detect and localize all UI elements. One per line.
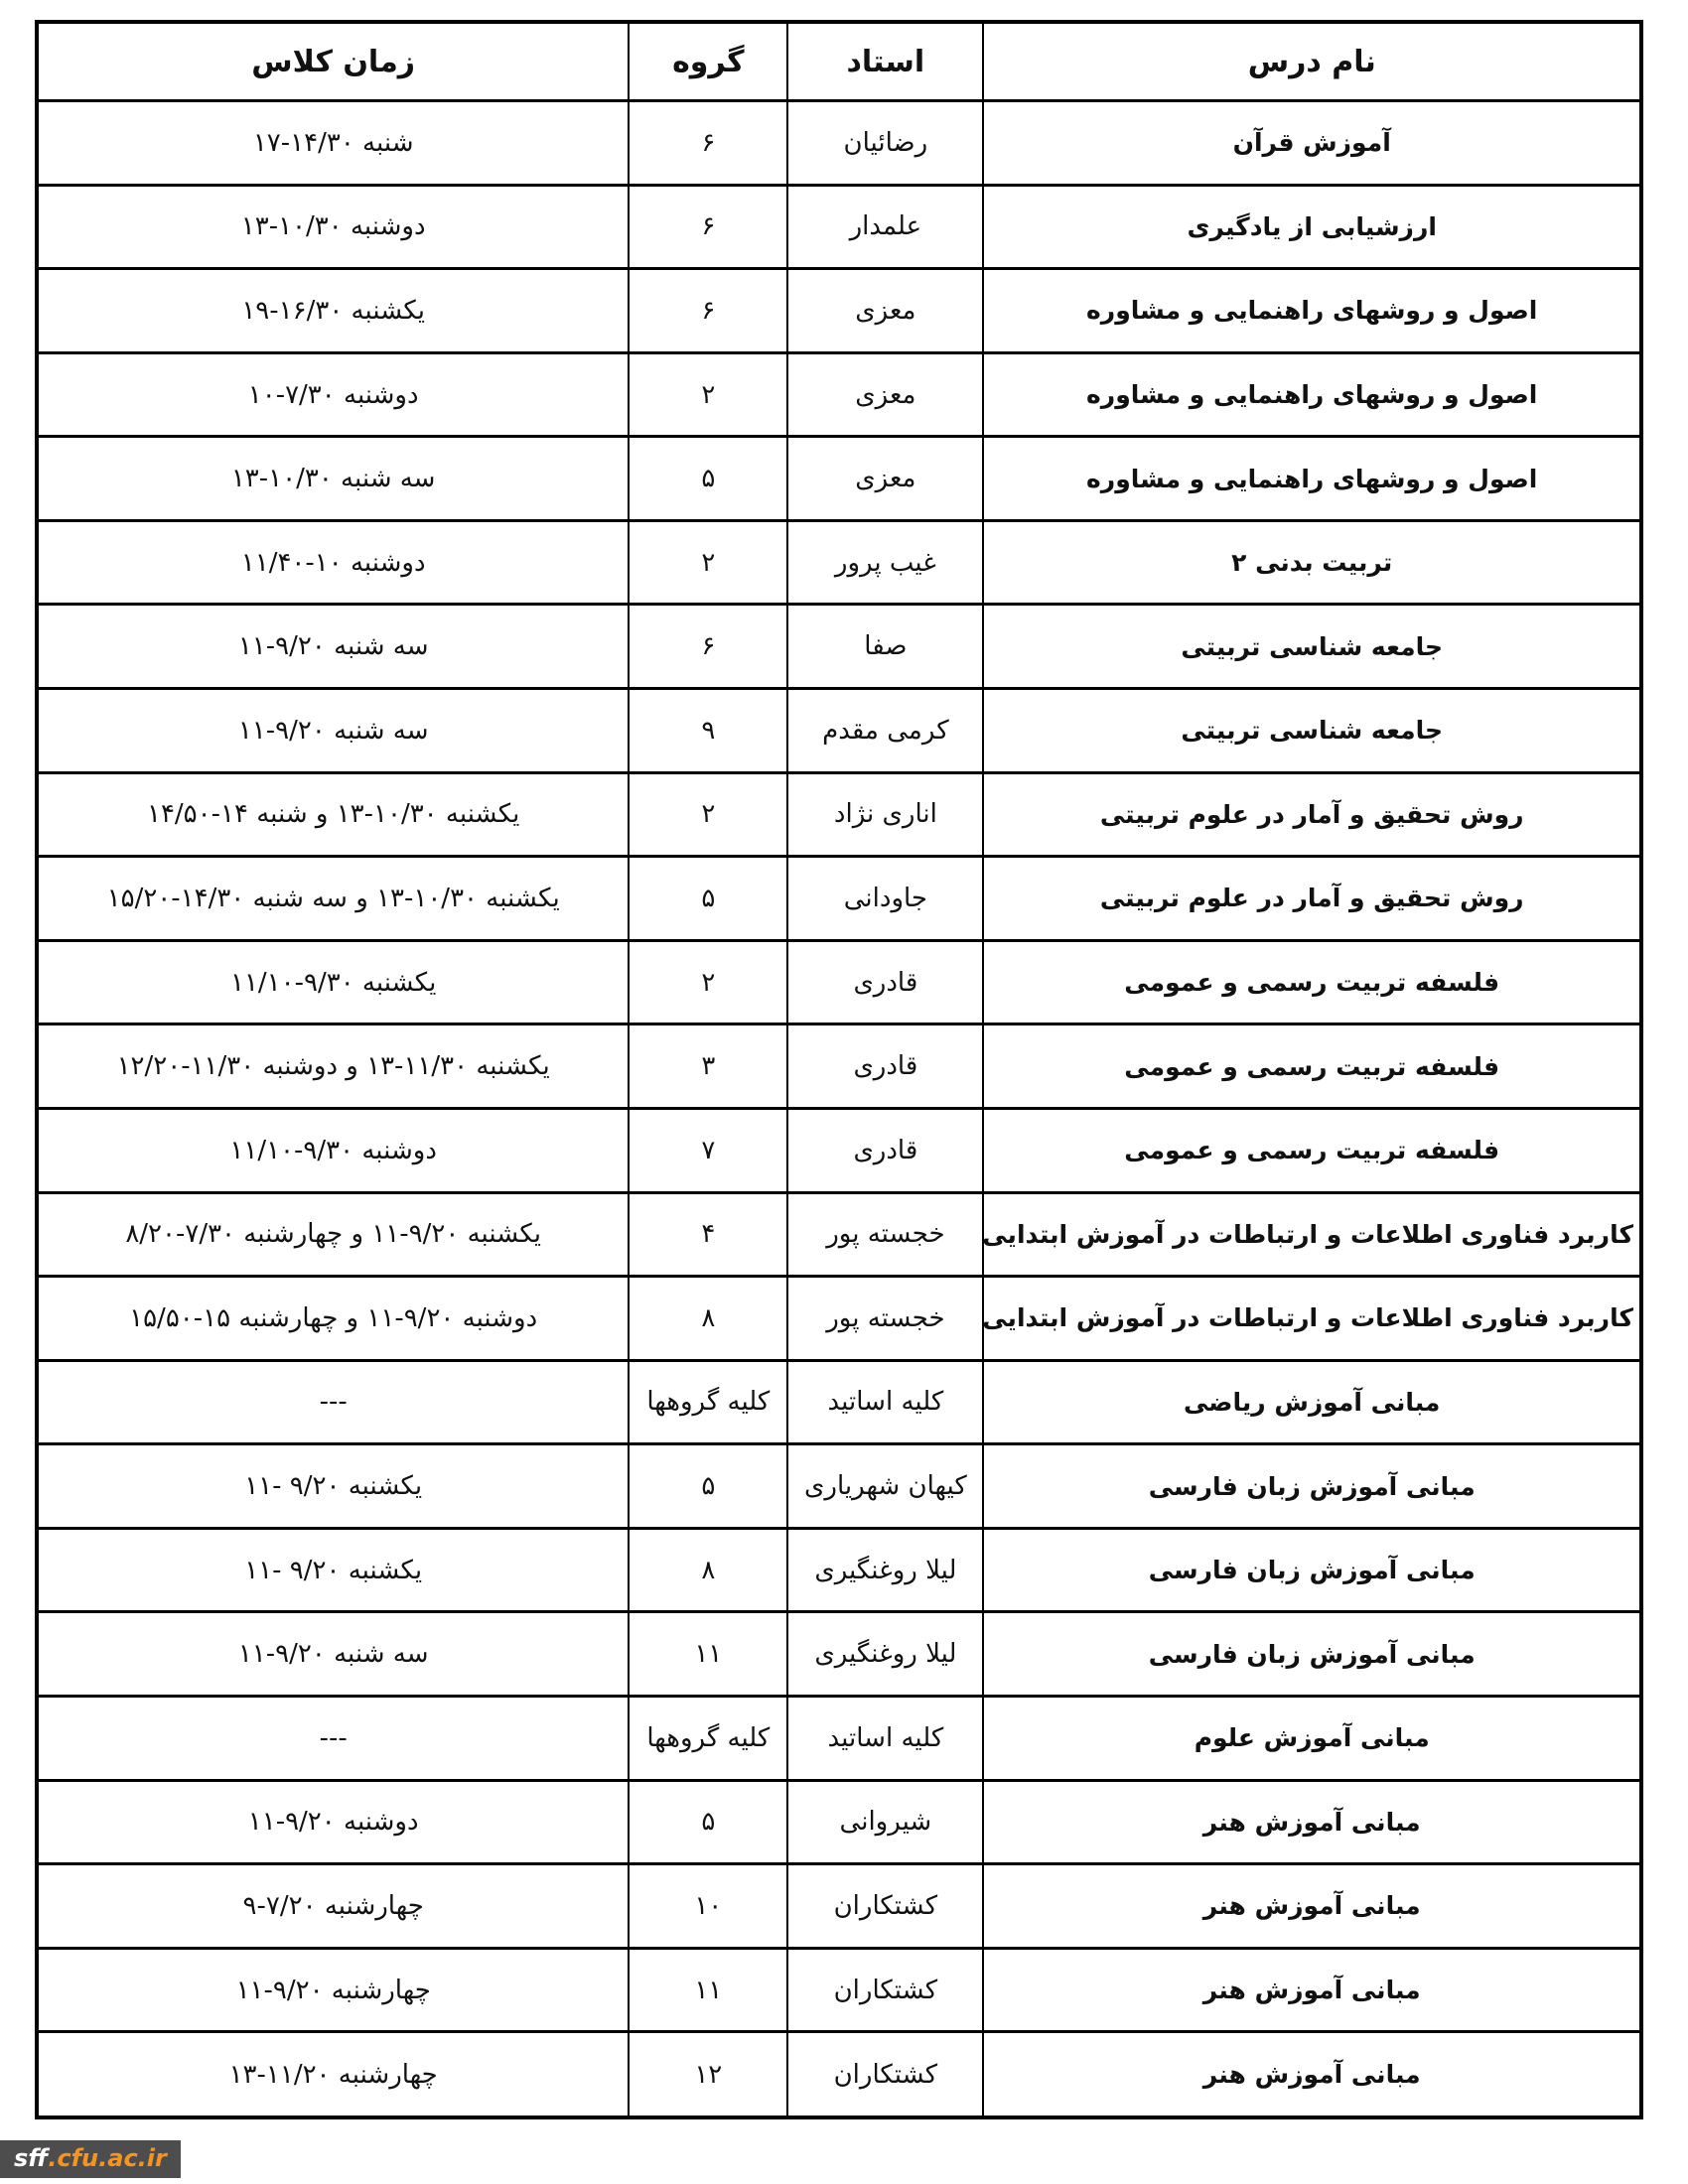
course-cell: جامعه شناسی تربیتی	[983, 689, 1641, 773]
time-cell: یکشنبه ۹/۳۰-۱۱/۱۰	[37, 940, 629, 1024]
time-cell: سه شنبه ۹/۲۰-۱۱	[37, 605, 629, 689]
course-cell: فلسفه تربیت رسمی و عمومی	[983, 1024, 1641, 1109]
course-cell: مبانی آموزش زبان فارسی	[983, 1528, 1641, 1612]
group-cell: ۱۱	[629, 1948, 787, 2032]
time-cell: یکشنبه ۱۶/۳۰-۱۹	[37, 269, 629, 353]
professor-cell: کشتکاران	[787, 1864, 983, 1949]
table-row: جامعه شناسی تربیتی کرمی مقدم ۹ سه شنبه ۹…	[37, 689, 1641, 773]
table-row: مبانی آموزش زبان فارسی کیهان شهریاری ۵ ی…	[37, 1444, 1641, 1529]
group-cell: ۴	[629, 1192, 787, 1277]
table-row: جامعه شناسی تربیتی صفا ۶ سه شنبه ۹/۲۰-۱۱	[37, 605, 1641, 689]
group-cell: ۶	[629, 269, 787, 353]
time-cell: دوشنبه ۹/۲۰-۱۱ و چهارشنبه ۱۵-۱۵/۵۰	[37, 1277, 629, 1361]
site-watermark: sff.cfu.ac.ir	[0, 2140, 181, 2178]
group-cell: ۵	[629, 857, 787, 941]
time-cell: سه شنبه ۹/۲۰-۱۱	[37, 1612, 629, 1697]
header-course-name: نام درس	[983, 22, 1641, 101]
time-cell: یکشنبه ۱۰/۳۰-۱۳ و شنبه ۱۴-۱۴/۵۰	[37, 772, 629, 857]
course-cell: مبانی آموزش علوم	[983, 1696, 1641, 1780]
table-row: مبانی آموزش علوم کلیه اساتید کلیه گروهها…	[37, 1696, 1641, 1780]
course-cell: فلسفه تربیت رسمی و عمومی	[983, 940, 1641, 1024]
professor-cell: کیهان شهریاری	[787, 1444, 983, 1529]
table-row: فلسفه تربیت رسمی و عمومی قادری ۲ یکشنبه …	[37, 940, 1641, 1024]
course-cell: کاربرد فناوری اطلاعات و ارتباطات در آموز…	[983, 1277, 1641, 1361]
time-cell: دوشنبه ۹/۲۰-۱۱	[37, 1780, 629, 1864]
time-cell: چهارشنبه ۷/۲۰-۹	[37, 1864, 629, 1949]
time-cell: یکشنبه ۹/۲۰ -۱۱	[37, 1528, 629, 1612]
group-cell: کلیه گروهها	[629, 1360, 787, 1444]
professor-cell: کشتکاران	[787, 1948, 983, 2032]
time-cell: شنبه ۱۴/۳۰-۱۷	[37, 101, 629, 186]
professor-cell: کلیه اساتید	[787, 1360, 983, 1444]
group-cell: ۲	[629, 520, 787, 605]
course-cell: مبانی آموزش ریاضی	[983, 1360, 1641, 1444]
schedule-table: نام درس استاد گروه زمان کلاس آموزش قرآن …	[35, 20, 1643, 2119]
watermark-site-prefix: sff	[14, 2144, 48, 2172]
course-cell: جامعه شناسی تربیتی	[983, 605, 1641, 689]
table-row: اصول و روشهای راهنمایی و مشاوره معزی ۲ د…	[37, 352, 1641, 437]
time-cell: چهارشنبه ۹/۲۰-۱۱	[37, 1948, 629, 2032]
table-row: مبانی آموزش ریاضی کلیه اساتید کلیه گروهه…	[37, 1360, 1641, 1444]
professor-cell: صفا	[787, 605, 983, 689]
schedule-table-header: نام درس استاد گروه زمان کلاس	[37, 22, 1641, 101]
course-cell: تربیت بدنی ۲	[983, 520, 1641, 605]
group-cell: ۷	[629, 1108, 787, 1192]
course-cell: مبانی آموزش هنر	[983, 1948, 1641, 2032]
professor-cell: اناری نژاد	[787, 772, 983, 857]
time-cell: ---	[37, 1360, 629, 1444]
professor-cell: شیروانی	[787, 1780, 983, 1864]
header-group: گروه	[629, 22, 787, 101]
time-cell: دوشنبه ۷/۳۰-۱۰	[37, 352, 629, 437]
course-cell: آموزش قرآن	[983, 101, 1641, 186]
table-row: مبانی آموزش زبان فارسی لیلا روغنگیری ۸ ی…	[37, 1528, 1641, 1612]
professor-cell: خجسته پور	[787, 1277, 983, 1361]
header-row: نام درس استاد گروه زمان کلاس	[37, 22, 1641, 101]
table-row: کاربرد فناوری اطلاعات و ارتباطات در آموز…	[37, 1277, 1641, 1361]
course-cell: کاربرد فناوری اطلاعات و ارتباطات در آموز…	[983, 1192, 1641, 1277]
professor-cell: قادری	[787, 1024, 983, 1109]
time-cell: یکشنبه ۱۰/۳۰-۱۳ و سه شنبه ۱۴/۳۰-۱۵/۲۰	[37, 857, 629, 941]
professor-cell: کلیه اساتید	[787, 1696, 983, 1780]
table-row: مبانی آموزش هنر کشتکاران ۱۱ چهارشنبه ۹/۲…	[37, 1948, 1641, 2032]
professor-cell: معزی	[787, 437, 983, 521]
time-cell: یکشنبه ۹/۲۰-۱۱ و چهارشنبه ۷/۳۰-۸/۲۰	[37, 1192, 629, 1277]
group-cell: ۶	[629, 185, 787, 269]
table-row: مبانی آموزش هنر شیروانی ۵ دوشنبه ۹/۲۰-۱۱	[37, 1780, 1641, 1864]
professor-cell: علمدار	[787, 185, 983, 269]
group-cell: ۲	[629, 772, 787, 857]
time-cell: یکشنبه ۱۱/۳۰-۱۳ و دوشنبه ۱۱/۳۰-۱۲/۲۰	[37, 1024, 629, 1109]
group-cell: ۱۱	[629, 1612, 787, 1697]
professor-cell: کشتکاران	[787, 2032, 983, 2117]
professor-cell: معزی	[787, 269, 983, 353]
professor-cell: خجسته پور	[787, 1192, 983, 1277]
group-cell: ۲	[629, 940, 787, 1024]
course-cell: مبانی آموزش هنر	[983, 2032, 1641, 2117]
time-cell: چهارشنبه ۱۱/۲۰-۱۳	[37, 2032, 629, 2117]
professor-cell: لیلا روغنگیری	[787, 1612, 983, 1697]
schedule-table-body: آموزش قرآن رضائیان ۶ شنبه ۱۴/۳۰-۱۷ ارزشی…	[37, 101, 1641, 2118]
header-class-time: زمان کلاس	[37, 22, 629, 101]
table-row: مبانی آموزش زبان فارسی لیلا روغنگیری ۱۱ …	[37, 1612, 1641, 1697]
table-row: آموزش قرآن رضائیان ۶ شنبه ۱۴/۳۰-۱۷	[37, 101, 1641, 186]
course-cell: اصول و روشهای راهنمایی و مشاوره	[983, 269, 1641, 353]
watermark-site-suffix: .cfu.ac.ir	[48, 2144, 167, 2172]
table-row: فلسفه تربیت رسمی و عمومی قادری ۷ دوشنبه …	[37, 1108, 1641, 1192]
professor-cell: قادری	[787, 940, 983, 1024]
table-row: مبانی آموزش هنر کشتکاران ۱۲ چهارشنبه ۱۱/…	[37, 2032, 1641, 2117]
table-row: فلسفه تربیت رسمی و عمومی قادری ۳ یکشنبه …	[37, 1024, 1641, 1109]
course-cell: ارزشیابی از یادگیری	[983, 185, 1641, 269]
professor-cell: رضائیان	[787, 101, 983, 186]
group-cell: ۳	[629, 1024, 787, 1109]
table-row: مبانی آموزش هنر کشتکاران ۱۰ چهارشنبه ۷/۲…	[37, 1864, 1641, 1949]
time-cell: سه شنبه ۱۰/۳۰-۱۳	[37, 437, 629, 521]
course-cell: اصول و روشهای راهنمایی و مشاوره	[983, 352, 1641, 437]
group-cell: ۹	[629, 689, 787, 773]
group-cell: ۱۰	[629, 1864, 787, 1949]
table-row: اصول و روشهای راهنمایی و مشاوره معزی ۵ س…	[37, 437, 1641, 521]
group-cell: ۵	[629, 437, 787, 521]
group-cell: ۱۲	[629, 2032, 787, 2117]
group-cell: ۵	[629, 1444, 787, 1529]
course-cell: مبانی آموزش هنر	[983, 1864, 1641, 1949]
table-row: اصول و روشهای راهنمایی و مشاوره معزی ۶ ی…	[37, 269, 1641, 353]
time-cell: دوشنبه ۱۰-۱۱/۴۰	[37, 520, 629, 605]
group-cell: ۶	[629, 101, 787, 186]
header-professor: استاد	[787, 22, 983, 101]
professor-cell: لیلا روغنگیری	[787, 1528, 983, 1612]
course-cell: روش تحقیق و آمار در علوم تربیتی	[983, 772, 1641, 857]
group-cell: ۸	[629, 1277, 787, 1361]
page: { "table": { "headers": ["نام درس", "است…	[0, 0, 1688, 2184]
time-cell: دوشنبه ۱۰/۳۰-۱۳	[37, 185, 629, 269]
table-row: تربیت بدنی ۲ غیب پرور ۲ دوشنبه ۱۰-۱۱/۴۰	[37, 520, 1641, 605]
time-cell: یکشنبه ۹/۲۰ -۱۱	[37, 1444, 629, 1529]
group-cell: کلیه گروهها	[629, 1696, 787, 1780]
group-cell: ۶	[629, 605, 787, 689]
course-cell: روش تحقیق و آمار در علوم تربیتی	[983, 857, 1641, 941]
course-cell: مبانی آموزش زبان فارسی	[983, 1612, 1641, 1697]
table-row: ارزشیابی از یادگیری علمدار ۶ دوشنبه ۱۰/۳…	[37, 185, 1641, 269]
table-row: روش تحقیق و آمار در علوم تربیتی اناری نژ…	[37, 772, 1641, 857]
course-cell: مبانی آموزش هنر	[983, 1780, 1641, 1864]
group-cell: ۸	[629, 1528, 787, 1612]
professor-cell: غیب پرور	[787, 520, 983, 605]
time-cell: دوشنبه ۹/۳۰-۱۱/۱۰	[37, 1108, 629, 1192]
course-cell: اصول و روشهای راهنمایی و مشاوره	[983, 437, 1641, 521]
time-cell: سه شنبه ۹/۲۰-۱۱	[37, 689, 629, 773]
professor-cell: جاودانی	[787, 857, 983, 941]
professor-cell: کرمی مقدم	[787, 689, 983, 773]
course-cell: مبانی آموزش زبان فارسی	[983, 1444, 1641, 1529]
professor-cell: قادری	[787, 1108, 983, 1192]
course-cell: فلسفه تربیت رسمی و عمومی	[983, 1108, 1641, 1192]
group-cell: ۵	[629, 1780, 787, 1864]
professor-cell: معزی	[787, 352, 983, 437]
table-row: روش تحقیق و آمار در علوم تربیتی جاودانی …	[37, 857, 1641, 941]
table-row: کاربرد فناوری اطلاعات و ارتباطات در آموز…	[37, 1192, 1641, 1277]
group-cell: ۲	[629, 352, 787, 437]
time-cell: ---	[37, 1696, 629, 1780]
